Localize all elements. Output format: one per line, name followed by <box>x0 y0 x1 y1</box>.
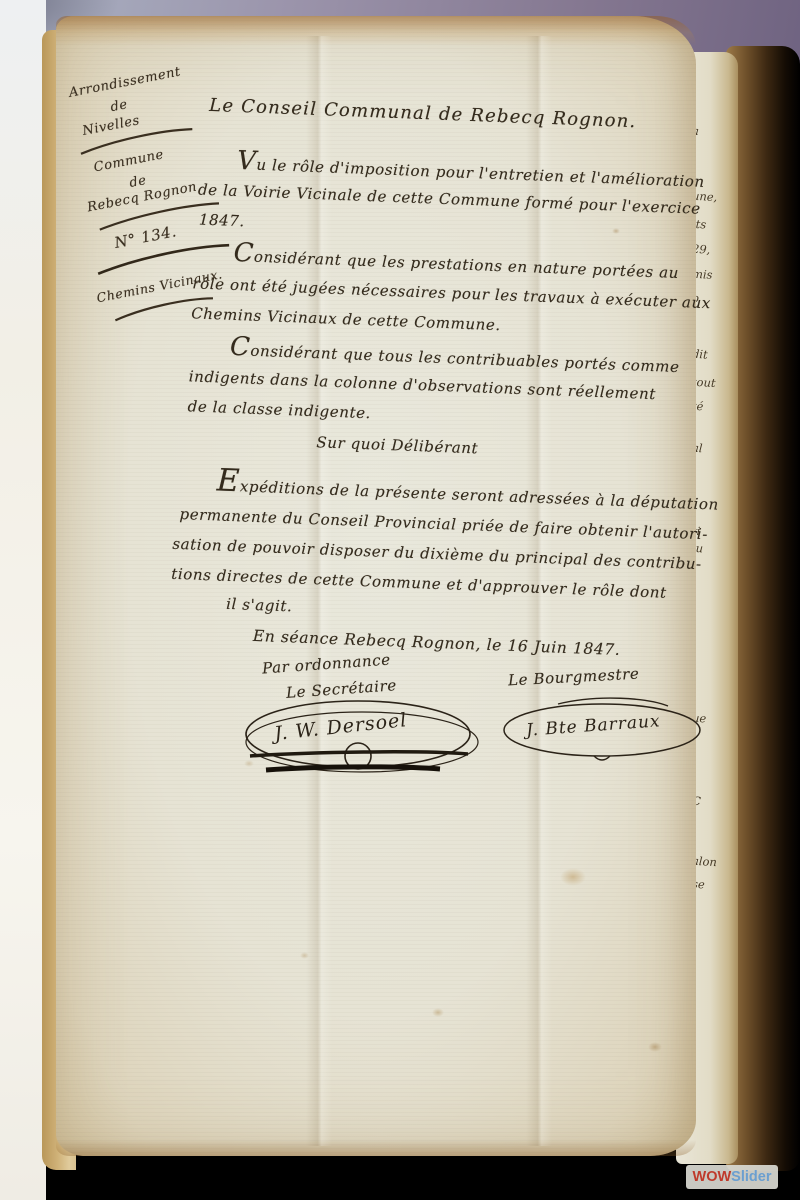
paper-stain <box>432 1008 444 1017</box>
body-line: Considérant que tous les contribuables p… <box>230 338 680 376</box>
document-heading: Le Conseil Communal de Rebecq Rognon. <box>209 95 637 132</box>
secretary-signature: J. W. Dersoel <box>240 694 480 784</box>
body-line: il s'agit. <box>226 595 293 616</box>
watermark-wow-text: WOW <box>693 1169 732 1185</box>
paper-stain <box>648 1042 662 1052</box>
left-page-edge <box>0 0 46 1200</box>
body-line: Considérant que les prestations en natur… <box>233 244 679 282</box>
body-line: 1847. <box>199 211 246 231</box>
cut-text-fragment: alon <box>692 854 739 870</box>
bourgmestre-signature: J. Bte Barraux <box>498 692 713 764</box>
margin-note-de: de <box>109 97 129 115</box>
deliberation-line: Sur quoi Délibérant <box>316 433 478 457</box>
body-line: Chemins Vicinaux de cette Commune. <box>191 304 501 334</box>
paper-stain <box>300 952 309 959</box>
body-line: Expéditions de la présente seront adress… <box>216 471 719 513</box>
wowslider-watermark[interactable]: WOWSlider <box>686 1165 778 1189</box>
cut-text-fragment: se <box>692 877 739 893</box>
paper-stain <box>560 868 586 886</box>
body-line: indigents dans la colonne d'observations… <box>189 367 657 403</box>
manuscript-photo: a une, its 29, mis o dit tout té al ti l… <box>0 0 800 1200</box>
watermark-slider-text: Slider <box>731 1169 771 1185</box>
dateline: En séance Rebecq Rognon, le 16 Juin 1847… <box>253 627 621 659</box>
cut-text-fragment: C <box>692 794 739 810</box>
document-body: Le Conseil Communal de Rebecq Rognon. Vu… <box>165 86 728 706</box>
body-line: de la classe indigente. <box>187 397 371 422</box>
